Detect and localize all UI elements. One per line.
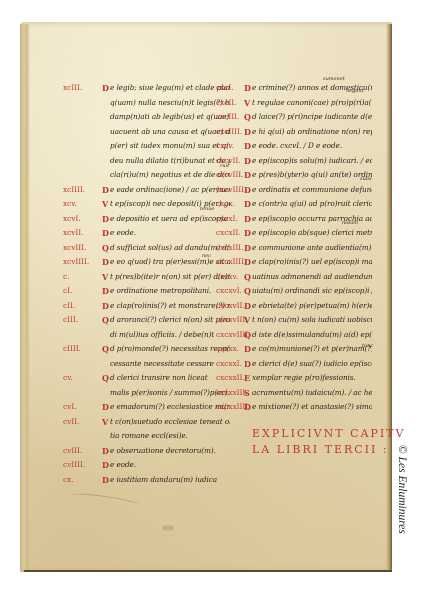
copyright-symbol: ©	[396, 445, 408, 454]
chapter-heading: t regulae canoni(cae) p(ro)p(ri)a(?) t(r…	[252, 97, 372, 109]
chapter-heading: p(er) sit iudex monu(m) sua et q(uae) p(…	[110, 140, 230, 152]
chapter-number: xcvII.	[63, 227, 83, 239]
chapter-number: cxcIIII.	[216, 126, 242, 138]
chapter-heading: e eode.	[110, 227, 136, 239]
chapter-heading: e ep(iscop)o ab(sque) clerici metropolit…	[252, 227, 372, 239]
chapter-heading: e c(ontr)a q(ui) ad p(ro)ruit clerici re…	[252, 198, 372, 210]
chapter-number: cI.	[63, 285, 72, 297]
chapter-number: cII.	[63, 300, 75, 312]
rubric-initial: D	[102, 474, 109, 486]
chapter-heading: e iustitiam dandaru(m) iudica	[110, 474, 217, 486]
page-bottom-edge	[24, 570, 392, 572]
chapter-heading: di m(ul)ius officiis. / debe(n)t	[110, 329, 214, 341]
chapter-number: cvI.	[63, 401, 76, 413]
chapter-number: cxcxxI.	[216, 358, 242, 370]
rubric-initial: D	[102, 227, 109, 239]
chapter-number: cIII.	[63, 314, 78, 326]
chapter-number: cxcvIIII.	[216, 184, 246, 196]
chapter-number: xcvI.	[63, 213, 81, 225]
chapter-heading: e eode.	[110, 459, 136, 471]
chapter-number: cxcx.	[216, 198, 235, 210]
rubric-initial: D	[102, 285, 109, 297]
chapter-number: cvII.	[63, 416, 79, 428]
chapter-number: cxcv.	[216, 140, 234, 152]
chapter-heading: e emadorum(?) ecclesiastice mi(ni)st(eri…	[110, 401, 230, 413]
rubric-initial: S	[244, 387, 250, 399]
rubric-initial: D	[244, 358, 251, 370]
chapter-heading: e ep(iscop)is solu(m) iudicari. / eode.	[252, 155, 372, 167]
rubric-initial: D	[102, 82, 109, 94]
credit-name: Les Enluminures	[396, 457, 408, 534]
rubric-initial: V	[102, 416, 108, 428]
chapter-number: cxcxx.	[216, 343, 239, 355]
chapter-heading: e clerici d(e) sua(?) iudicio ep(iscop)i…	[252, 358, 372, 370]
parchment-stain	[162, 525, 174, 531]
rubric-initial: D	[244, 198, 251, 210]
chapter-heading: e ordinatis et communione defuncti	[252, 184, 372, 196]
chapter-number: cxcxxII.	[216, 372, 245, 384]
rubric-initial: V	[244, 314, 250, 326]
rubric-initial: Q	[244, 111, 251, 123]
rubric-initial: D	[244, 256, 251, 268]
gloss: subs	[360, 176, 372, 182]
rubric-initial: D	[102, 300, 109, 312]
chapter-number: cvIIII.	[63, 459, 85, 471]
chapter-number: xcIII.	[63, 82, 82, 94]
rubric-initial: V	[102, 198, 108, 210]
explicit-line-1: EXPLICIVNT CAPITV	[252, 427, 405, 440]
rubric-initial: Q	[244, 329, 251, 341]
copyright-credit: © Les Enluminures	[396, 445, 408, 534]
gloss: sumonet	[323, 76, 345, 82]
chapter-heading: e communione ante audientia(m) p(ro)uide…	[252, 242, 372, 254]
chapter-heading: e depositio et uera ad ep(iscop)o p(er)s…	[110, 213, 230, 225]
chapter-number: xcvIII.	[63, 242, 86, 254]
chapter-number: cxcI.	[216, 82, 233, 94]
chapter-number: cx.	[63, 474, 74, 486]
chapter-heading: e ordinatione metropolitani.	[110, 285, 211, 297]
chapter-number: xcIIII.	[63, 184, 85, 196]
rubric-initial: D	[244, 343, 251, 355]
rubric-initial: E	[244, 372, 250, 384]
rubric-initial: D	[244, 401, 251, 413]
explicit-line-2: LA LIBRI TERCII :	[252, 443, 389, 456]
chapter-heading: d iste d(e)ssimulandu(m) a(d) ep(iscop)o…	[252, 329, 372, 341]
gloss: ruit	[220, 163, 229, 169]
chapter-heading: d aroranci(?) clerici n(on) sit p(ro)pen	[110, 314, 230, 326]
chapter-heading: t n(on) cu(m) sola iudicati uobiscum(?) …	[252, 314, 372, 326]
chapter-heading: q(uam) nulla nesciu(n)t legis(?) lucem e…	[110, 97, 230, 109]
chapter-heading: e eade ordinac(ione) / ac p(er)ueniente	[110, 184, 230, 196]
rubric-initial: D	[244, 242, 251, 254]
chapter-heading: cessante necessitate cessare	[110, 358, 214, 370]
chapter-number: cxcxIIII.	[216, 256, 246, 268]
rubric-initial: D	[244, 140, 251, 152]
rubric-initial: D	[244, 169, 251, 181]
chapter-heading: e obseruatione decretoru(m).	[110, 445, 216, 457]
rubric-initial: D	[102, 401, 109, 413]
chapter-heading: damp(n)ati ab legib(us) et q(uae) loc(us…	[110, 111, 230, 123]
chapter-number: cxcxvIII.	[216, 314, 247, 326]
chapter-number: cIIII.	[63, 343, 81, 355]
chapter-number: cxcIII.	[216, 111, 239, 123]
chapter-number: cxcxv.	[216, 271, 238, 283]
chapter-heading: e hi q(ui) ab ordinatione n(on) reperiun…	[252, 126, 372, 138]
chapter-number: cxcxI.	[216, 213, 238, 225]
chapter-heading: e co(m)munione(?) et p(er)nam(?) et iudi…	[252, 343, 372, 355]
rubric-initial: D	[244, 184, 251, 196]
rubric-initial: Q	[244, 285, 251, 297]
rubric-initial: D	[244, 82, 251, 94]
rubric-initial: Q	[102, 343, 109, 355]
chapter-number: xcv.	[63, 198, 77, 210]
chapter-heading: tia romane eccl(esi)e.	[110, 430, 188, 442]
gloss: notam	[342, 220, 358, 226]
chapter-heading: e p(res)b(yter)o q(ui) an(te) ordination…	[252, 169, 372, 181]
rubric-initial: D	[102, 459, 109, 471]
chapter-heading: t p(res)b(ite)r n(on) sit p(er) d(e)taps…	[110, 271, 230, 283]
chapter-heading: e eo q(uod) tra p(er)essi(m)e sit a mali…	[110, 256, 230, 268]
chapter-heading: e ebrieta(te) p(er)petua(m) h(er)etici o…	[252, 300, 372, 312]
chapter-heading: uiatu(m) ordinandi sic ep(iscop)i / ausu…	[252, 285, 372, 297]
rubric-initial: D	[244, 300, 251, 312]
rubric-initial: Q	[102, 242, 109, 254]
chapter-heading: xemplar regie p(ro)fessionis.	[252, 372, 356, 384]
chapter-heading: d p(ro)monde(?) necessitas repp(er)ire	[110, 343, 230, 355]
chapter-number: cv.	[63, 372, 73, 384]
rubric-initial: D	[244, 227, 251, 239]
rubric-initial: V	[102, 271, 108, 283]
chapter-number: xcvIIII.	[63, 256, 89, 268]
chapter-number: c.	[63, 271, 69, 283]
chapter-heading: e clap(ro)inis(?) et monstrare(?) rep(er…	[110, 300, 230, 312]
chapter-number: cxcxII.	[216, 227, 240, 239]
gloss: negant	[346, 88, 364, 94]
chapter-heading: e eode. cxcvI. / D e eode.	[252, 140, 342, 152]
chapter-heading: e mixtione(?) et anastasie(?) simoni	[252, 401, 372, 413]
gloss: tenue	[200, 206, 214, 212]
chapter-heading: uacuent ab una causa et q(uae) d(e)nui	[110, 126, 230, 138]
rubric-initial: D	[102, 213, 109, 225]
chapter-heading: e clap(ro)inis(?) uel ep(iscop)i manifes…	[252, 256, 372, 268]
chapter-number: cxcxIII.	[216, 242, 243, 254]
gloss: tunc	[362, 343, 373, 349]
rubric-initial: D	[102, 256, 109, 268]
chapter-heading: d clerici transire non liceat	[110, 372, 208, 384]
chapter-heading: deu nulla dilatio t(ri)bunat et de ge	[110, 155, 230, 167]
chapter-heading: d laice(?) p(ri)ncipe iudicante d(e)clar…	[252, 111, 372, 123]
chapter-heading: malis p(er)sonis / summo(?)p(er).	[110, 387, 230, 399]
chapter-number: cxcvIII.	[216, 169, 243, 181]
rubric-initial: D	[102, 184, 109, 196]
chapter-heading: uatinus admonendi ad audiendum	[252, 271, 372, 283]
chapter-number: cxcII.	[216, 97, 236, 109]
chapter-heading: d sufficiat sol(us) ad dandu(m) d(e)ep(i…	[110, 242, 230, 254]
page-left-edge	[20, 24, 30, 570]
chapter-number: cxcxvI.	[216, 285, 242, 297]
chapter-heading: cla(ri)u(m) negotius et de die d(omi)nos…	[110, 169, 230, 181]
rubric-initial: Q	[102, 314, 109, 326]
rubric-initial: D	[244, 213, 251, 225]
page-right-edge	[386, 24, 392, 572]
rubric-initial: V	[244, 97, 250, 109]
chapter-heading: e legib; siue legu(m) et clade plantis d…	[110, 82, 230, 94]
chapter-number: cxcxxIII.	[216, 387, 247, 399]
gloss: nec	[202, 253, 211, 259]
chapter-number: cvIII.	[63, 445, 82, 457]
chapter-heading: t c(on)suetudo ecclesiae teneat obseruan	[110, 416, 230, 428]
chapter-number: cxcxvII.	[216, 300, 245, 312]
rubric-initial: D	[102, 445, 109, 457]
rubric-initial: Q	[244, 271, 251, 283]
rubric-initial: Q	[102, 372, 109, 384]
rubric-initial: D	[244, 126, 251, 138]
chapter-heading: acramentu(m) iudaicu(m). / ac hereticis.	[252, 387, 372, 399]
rubric-initial: D	[244, 155, 251, 167]
